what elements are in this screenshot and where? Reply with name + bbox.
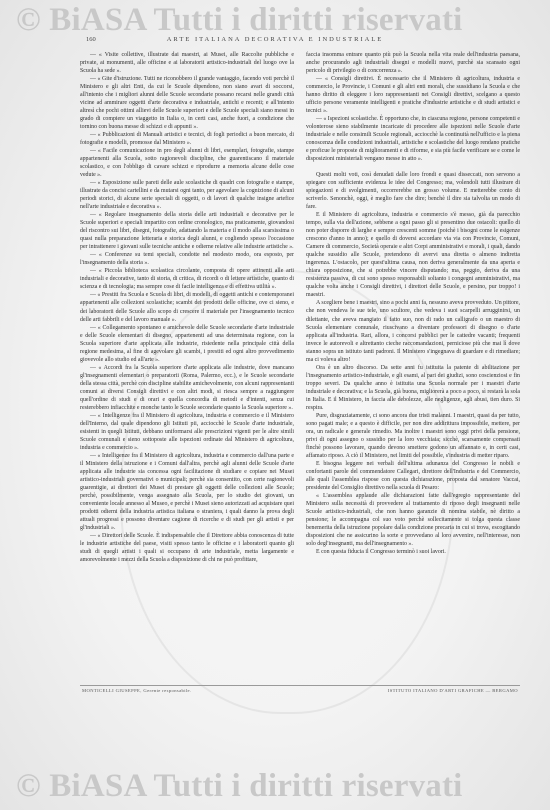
paragraph: E il Ministero di agricoltura, industria… (306, 211, 520, 299)
paragraph: — « Intelligenze fra il Ministero di agr… (80, 452, 294, 532)
footer-publisher-responsible: MONTICELLI GIUSEPPE, Gerente responsabil… (82, 688, 192, 693)
paragraph: — « Direttori delle Scuole. È indispensa… (80, 532, 294, 564)
left-column: — « Visite collettive, illustrate dai ma… (80, 51, 294, 681)
paragraph: Questi molti voti, così denudati dalle l… (306, 171, 520, 211)
copyright-watermark-bottom: © BiASA Tutti i diritti riservati (16, 768, 463, 805)
running-title: ARTE ITALIANA DECORATIVA E INDUSTRIALE (40, 36, 510, 43)
paragraph: — « Conferenze su temi speciali, condott… (80, 251, 294, 267)
paragraph: E bisogna leggere nei verbali dell'ultim… (306, 460, 520, 492)
paragraph: Pure, disgraziatamente, ci sono ancora d… (306, 412, 520, 460)
paragraph: — « Piccola biblioteca scolastica circol… (80, 267, 294, 291)
paragraph: — « Pubblicazioni di Manuali artistici e… (80, 131, 294, 147)
paragraph: — « Collegamento spontaneo e amichevole … (80, 324, 294, 364)
paragraph: faccia insomma entrare quanto più può la… (306, 51, 520, 75)
paragraph: — « Ispezioni scolastiche. È opportuno c… (306, 115, 520, 163)
paragraph: — « Facile comunicazione in pro degli al… (80, 147, 294, 179)
right-column: faccia insomma entrare quanto più può la… (306, 51, 520, 681)
paragraph: — « Esposizione sulle pareti delle aule … (80, 179, 294, 211)
page-header: 160 ARTE ITALIANA DECORATIVA E INDUSTRIA… (40, 36, 510, 48)
paragraph: — « Consigli direttivi. È necessario che… (306, 75, 520, 115)
paragraph: — « Regolare insegnamento della storia d… (80, 211, 294, 251)
article-body: — « Visite collettive, illustrate dai ma… (80, 51, 520, 681)
quoted-resolution: « L'assemblea applaude alle dichiarazion… (306, 492, 520, 548)
paragraph: — « Visite collettive, illustrate dai ma… (80, 51, 294, 75)
paragraph: — « Prestiti fra Scuola e Scuola di libr… (80, 291, 294, 323)
paragraph: E con questa fiducia il Congresso termin… (306, 548, 520, 556)
paragraph: Ora è un altro discorso. Da sette anni f… (306, 364, 520, 412)
paragraph: — « Intelligenze fra il Ministero di agr… (80, 412, 294, 452)
paragraph: A scegliere bene i maestri, sino a pochi… (306, 299, 520, 363)
footer-divider (80, 685, 520, 686)
footer-printer: ISTITUTO ITALIANO D'ARTI GRAFICHE — BERG… (388, 688, 518, 693)
paragraph: — « Accordi fra la Scuola superiore d'ar… (80, 364, 294, 412)
copyright-watermark-top: © BiASA Tutti i diritti riservati (16, 2, 463, 39)
paragraph: — « Gite d'istruzione. Tutti ne riconobb… (80, 75, 294, 131)
